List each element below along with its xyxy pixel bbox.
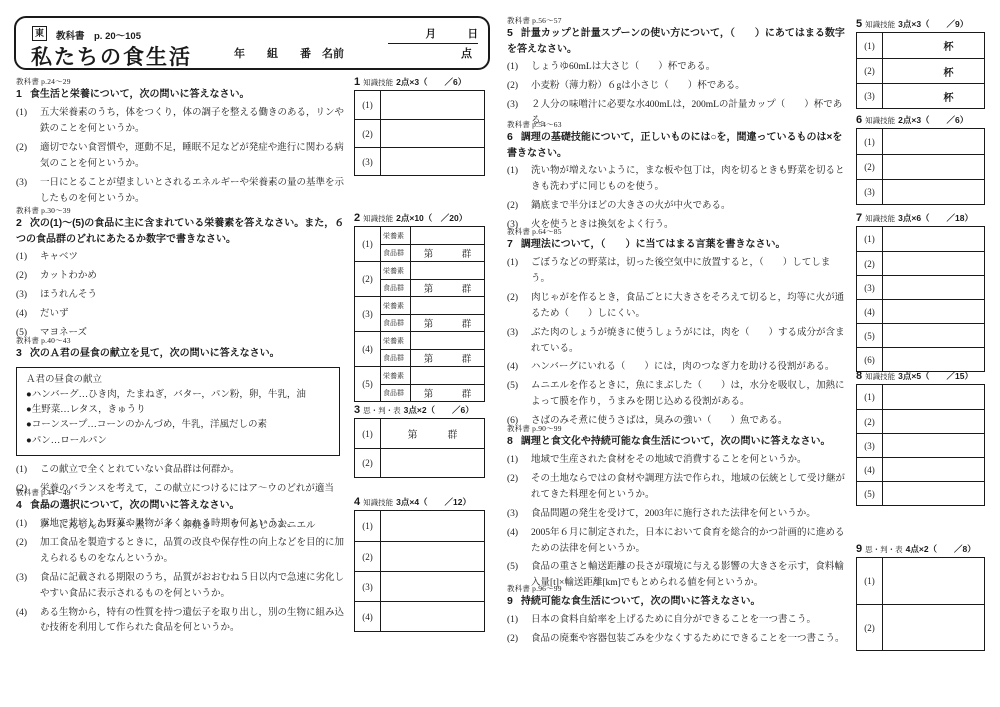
answer-cell	[381, 542, 484, 571]
question-item: (2)食品の廃棄や容器包装ごみを少なくするためにできることを一つ書こう。	[507, 632, 847, 648]
answer-box-head: 3 思・判・表 3点×2（ ／6）	[354, 404, 485, 416]
answer-cell: 杯	[883, 33, 984, 58]
answer-cell	[381, 572, 484, 601]
item-label: (4)	[16, 606, 40, 638]
answer-box-number: 6	[856, 114, 862, 126]
item-label: (2)	[507, 472, 531, 504]
question-item: (1)しょうゆ60mLは大さじ（ ）杯である。	[507, 60, 847, 76]
answer-row: (3)杯	[857, 83, 984, 108]
row-label: (3)	[857, 434, 883, 457]
row-label: (1)	[355, 511, 381, 541]
answer-cell	[883, 410, 984, 433]
question-item: (1)ごぼうなどの野菜は，切った後空気中に放置すると，（ ）してしまう。	[507, 256, 847, 288]
textbook-page-ref: 教科書 p.24～29	[16, 76, 350, 87]
row-label: (1)	[857, 33, 883, 58]
question-6: 教科書 p.54～63 6調理の基礎技能について，正しいものには○を，間違ってい…	[507, 119, 847, 234]
answer-box-points: 3点×5（ ／15）	[898, 370, 973, 382]
item-label: (2)	[507, 199, 531, 215]
answer-row: (6)	[857, 347, 984, 371]
item-text: 洗い物が増えないように，まな板や包丁は，肉を切るときも野菜を切るときも洗わずに同…	[531, 164, 847, 196]
question-title: 6調理の基礎技能について，正しいものには○を，間違っているものは×を書きなさい。	[507, 130, 847, 161]
question-item: (1)洗い物が増えないように，まな板や包丁は，肉を切るときも野菜を切るときも洗わ…	[507, 164, 847, 196]
question-item: (4)ハンバーグにいれる（ ）には，肉のつなぎ力を助ける役割がある。	[507, 360, 847, 376]
answer-cell	[883, 129, 984, 154]
question-item: (3)ぶた肉のしょうが焼きに使うしょうがには，肉を（ ）する成分が含まれている。	[507, 326, 847, 358]
food-group-label: 食品群	[381, 245, 411, 261]
row-label: (2)	[355, 120, 381, 147]
answer-box-number: 5	[856, 18, 862, 30]
row-label: (1)	[355, 419, 381, 448]
answer-cell	[411, 297, 484, 314]
answer-cell	[883, 276, 984, 299]
nutrient-label: 栄養素	[381, 297, 411, 314]
row-label: (5)	[355, 367, 381, 401]
row-label: (3)	[857, 84, 883, 108]
answer-cell	[381, 91, 484, 119]
question-number: 5	[507, 27, 513, 39]
item-text: 地域で生産された食材をその地域で消費することを何というか。	[531, 453, 847, 469]
answer-cell	[883, 482, 984, 505]
question-title: 9持続可能な食生活について，次の問いに答えなさい。	[507, 594, 847, 610]
answer-box-points: 3点×3（ ／9）	[898, 18, 968, 30]
question-1: 教科書 p.24～29 1食生活と栄養について，次の問いに答えなさい。 (1)五…	[16, 76, 350, 207]
answer-box-points: 3点×6（ ／18）	[898, 212, 973, 224]
row-label: (1)	[857, 129, 883, 154]
item-label: (3)	[16, 176, 40, 208]
item-label: (1)	[507, 453, 531, 469]
answer-row: (2)	[355, 119, 484, 147]
food-group-label: 食品群	[381, 280, 411, 296]
food-group-label: 食品群	[381, 385, 411, 401]
item-label: (1)	[507, 164, 531, 196]
item-text: ごぼうなどの野菜は，切った後空気中に放置すると，（ ）してしまう。	[531, 256, 847, 288]
answer-row: (1)	[355, 511, 484, 541]
question-prompt: 調理の基礎技能について，正しいものには○を，間違っているものは×を書きなさい。	[507, 132, 842, 159]
answer-box-5: 5 知識技能 3点×3（ ／9） (1)杯 (2)杯 (3)杯	[856, 18, 985, 109]
answer-box-points: 3点×2（ ／6）	[404, 404, 474, 416]
item-label: (2)	[16, 269, 40, 285]
textbook-page-ref: 教科書 p.40～43	[16, 335, 350, 346]
answer-cell: 杯	[883, 84, 984, 108]
row-label: (1)	[355, 91, 381, 119]
item-label: (2)	[16, 536, 40, 568]
textbook-page-ref: 教科書 p.90～99	[507, 423, 847, 434]
answer-box-head: 2 知識技能 2点×10（ ／20）	[354, 212, 485, 224]
answer-cell	[411, 367, 484, 384]
answer-row: (2)杯	[857, 58, 984, 83]
answer-cell	[883, 227, 984, 251]
item-label: (3)	[16, 288, 40, 304]
item-label: (1)	[16, 106, 40, 138]
answer-row: (4)	[355, 601, 484, 631]
row-label: (2)	[857, 155, 883, 179]
answer-cell	[883, 458, 984, 481]
answer-box-category: 思・判・表	[363, 405, 401, 416]
answer-box-points: 2点×3（ ／6）	[898, 114, 968, 126]
food-group-label: 食品群	[381, 350, 411, 366]
answer-table: (1) (2)	[856, 557, 985, 651]
question-item: (5)ムニエルを作るときに，魚にまぶした（ ）は，水分を吸収し，加熱によって膜を…	[507, 379, 847, 411]
question-item: (2)カットわかめ	[16, 269, 350, 285]
item-label: (4)	[507, 360, 531, 376]
row-label: (2)	[355, 449, 381, 477]
row-label: (1)	[857, 227, 883, 251]
left-page: 教科書 p.24～29 1食生活と栄養について，次の問いに答えなさい。 (1)五…	[16, 0, 350, 707]
item-text: 五大栄養素のうち，体をつくり，体の調子を整える働きのある，リンや鉄のことを何とい…	[40, 106, 350, 138]
item-label: (1)	[507, 256, 531, 288]
answer-cell	[883, 324, 984, 347]
question-item: (1)五大栄養素のうち，体をつくり，体の調子を整える働きのある，リンや鉄のことを…	[16, 106, 350, 138]
answer-box-head: 8 知識技能 3点×5（ ／15）	[856, 370, 985, 382]
question-4: 教科書 p.44～49 4食品の選択について，次の問いに答えなさい。 (1)露地…	[16, 487, 350, 637]
answer-box-head: 5 知識技能 3点×3（ ／9）	[856, 18, 985, 30]
item-text: 一日にとることが望ましいとされるエネルギーや栄養素の量の基準を示したものを何とい…	[40, 176, 350, 208]
question-item: (2)肉じゃがを作るとき，食品ごとに大きさをそろえて切ると，均等に火が通るため（…	[507, 291, 847, 323]
answer-row: (2)	[857, 604, 984, 650]
answer-cell	[411, 227, 484, 244]
answer-box-6: 6 知識技能 2点×3（ ／6） (1) (2) (3)	[856, 114, 985, 205]
answer-cell: 第 群	[411, 280, 484, 296]
row-label: (2)	[355, 542, 381, 571]
answer-cell	[883, 385, 984, 409]
answer-cell: 第 群	[411, 350, 484, 366]
answer-row: (1)	[857, 129, 984, 154]
question-item: (1)この献立で全くとれていない食品群は何群か。	[16, 463, 350, 479]
textbook-page-ref: 教科書 p.44～49	[16, 487, 350, 498]
row-label: (2)	[355, 262, 381, 296]
question-prompt: 食品の選択について，次の問いに答えなさい。	[30, 500, 240, 511]
answer-table: (1) (2) (3) (4) (5)	[856, 384, 985, 506]
item-text: この献立で全くとれていない食品群は何群か。	[40, 463, 350, 479]
item-label: (3)	[507, 326, 531, 358]
row-label: (3)	[355, 572, 381, 601]
right-page: 教科書 p.56～57 5計量カップと計量スプーンの使い方について，（ ）にあて…	[507, 0, 847, 707]
item-label: (5)	[507, 379, 531, 411]
row-label: (5)	[857, 482, 883, 505]
answer-box-points: 2点×3（ ／6）	[396, 76, 466, 88]
answer-table: (1) (2) (3)	[856, 128, 985, 205]
answer-box-8: 8 知識技能 3点×5（ ／15） (1) (2) (3) (4) (5)	[856, 370, 985, 506]
menu-title: Ａ君の昼食の献立	[26, 373, 330, 388]
answer-box-number: 4	[354, 496, 360, 508]
row-label: (2)	[857, 59, 883, 83]
nutrient-label: 栄養素	[381, 227, 411, 244]
answer-box-head: 7 知識技能 3点×6（ ／18）	[856, 212, 985, 224]
answer-box-points: 2点×10（ ／20）	[396, 212, 467, 224]
answer-cell: 第 群	[381, 419, 484, 448]
question-item: (2)小麦粉（薄力粉）６gは小さじ（ ）杯である。	[507, 79, 847, 95]
answer-box-number: 3	[354, 404, 360, 416]
row-label: (3)	[355, 148, 381, 175]
answer-box-category: 知識技能	[865, 213, 895, 224]
lunch-menu-box: Ａ君の昼食の献立 ●ハンバーグ…ひき肉，たまねぎ，バター，パン粉，卵，牛乳，油 …	[16, 367, 340, 456]
item-text: 食品に記載される期限のうち，品質がおおむね５日以内で急速に劣化しやすい食品に表示…	[40, 571, 350, 603]
question-item: (2)適切でない食習慣や，運動不足，睡眠不足などが発症や進行に関わる病気のことを…	[16, 141, 350, 173]
question-2: 教科書 p.30～39 2次の(1)～(5)の食品に主に含まれている栄養素を答え…	[16, 205, 350, 342]
question-5: 教科書 p.56～57 5計量カップと計量スプーンの使い方について，（ ）にあて…	[507, 15, 847, 130]
question-item: (4)ある生物から，特有の性質を持つ遺伝子を取り出し，別の生物に組み込む技術を利…	[16, 606, 350, 638]
answer-row: (3)	[355, 571, 484, 601]
question-title: 1食生活と栄養について，次の問いに答えなさい。	[16, 87, 350, 103]
menu-line: ●生野菜…レタス，きゅうり	[26, 403, 330, 418]
answer-box-category: 知識技能	[363, 77, 393, 88]
item-label: (4)	[507, 526, 531, 558]
row-label: (1)	[857, 558, 883, 604]
answer-box-category: 知識技能	[865, 115, 895, 126]
row-label: (4)	[355, 332, 381, 366]
row-label: (4)	[857, 458, 883, 481]
question-item: (4)2005年６月に制定された，日本において食育を総合的かつ計画的に進めるため…	[507, 526, 847, 558]
item-text: 鍋底まで半分ほどの大きさの火が中火である。	[531, 199, 847, 215]
question-number: 7	[507, 238, 513, 250]
row-label: (2)	[857, 605, 883, 650]
item-text: 加工食品を製造するときに，品質の改良や保存性の向上などを目的に加えられるものをな…	[40, 536, 350, 568]
answer-row: (2)	[857, 251, 984, 275]
item-label: (1)	[507, 613, 531, 629]
question-item: (1)日本の食料自給率を上げるために自分ができることを一つ書こう。	[507, 613, 847, 629]
question-prompt: 次の(1)～(5)の食品に主に含まれている栄養素を答えなさい。また，６つの食品群…	[16, 218, 344, 245]
item-text: ほうれんそう	[40, 288, 350, 304]
item-label: (1)	[16, 250, 40, 266]
answer-box-points: 4点×2（ ／8）	[906, 543, 976, 555]
question-number: 3	[16, 347, 22, 359]
item-text: ぶた肉のしょうが焼きに使うしょうがには，肉を（ ）する成分が含まれている。	[531, 326, 847, 358]
item-label: (4)	[16, 307, 40, 323]
item-text: 日本の食料自給率を上げるために自分ができることを一つ書こう。	[531, 613, 847, 629]
answer-row: (1)	[355, 91, 484, 119]
answer-cell	[381, 449, 484, 477]
answer-box-number: 8	[856, 370, 862, 382]
menu-line: ●ハンバーグ…ひき肉，たまねぎ，バター，パン粉，卵，牛乳，油	[26, 388, 330, 403]
question-item: (2)鍋底まで半分ほどの大きさの火が中火である。	[507, 199, 847, 215]
answer-cell: 第 群	[411, 315, 484, 331]
question-prompt: 計量カップと計量スプーンの使い方について，（ ）にあてはまる数字を答えなさい。	[507, 28, 845, 55]
row-label: (1)	[857, 385, 883, 409]
item-text: 食品問題の発生を受けて，2003年に施行された法律を何というか。	[531, 507, 847, 523]
textbook-page-ref: 教科書 p.30～39	[16, 205, 350, 216]
right-answer-column: 5 知識技能 3点×3（ ／9） (1)杯 (2)杯 (3)杯 6 知識技能 2…	[856, 0, 985, 707]
answer-cell: 第 群	[411, 385, 484, 401]
answer-box-head: 1 知識技能 2点×3（ ／6）	[354, 76, 485, 88]
row-label: (4)	[857, 300, 883, 323]
answer-cell	[381, 511, 484, 541]
item-label: (2)	[16, 141, 40, 173]
item-text: 露地で栽培した野菜や果物が多くとれる時期を何というか。	[40, 517, 350, 533]
row-label: (5)	[857, 324, 883, 347]
item-label: (3)	[507, 507, 531, 523]
nutrient-label: 栄養素	[381, 332, 411, 349]
answer-cell	[883, 605, 984, 650]
item-label: (1)	[16, 517, 40, 533]
menu-line: ●パン…ロールパン	[26, 434, 330, 449]
question-prompt: 次のＡ君の昼食の献立を見て，次の問いに答えなさい。	[30, 348, 280, 359]
nutrient-label: 栄養素	[381, 262, 411, 279]
nutrient-label: 栄養素	[381, 367, 411, 384]
answer-box-9: 9 思・判・表 4点×2（ ／8） (1) (2)	[856, 543, 985, 651]
textbook-page-ref: 教科書 p.54～63	[507, 119, 847, 130]
answer-box-number: 9	[856, 543, 862, 555]
question-number: 8	[507, 435, 513, 447]
row-label: (3)	[355, 297, 381, 331]
question-item: (3)食品問題の発生を受けて，2003年に施行された法律を何というか。	[507, 507, 847, 523]
question-title: 4食品の選択について，次の問いに答えなさい。	[16, 498, 350, 514]
question-7: 教科書 p.64～85 7調理法について，（ ）に当てはまる言葉を書きなさい。 …	[507, 226, 847, 430]
answer-box-number: 1	[354, 76, 360, 88]
item-label: (3)	[16, 571, 40, 603]
item-text: ある生物から，特有の性質を持つ遺伝子を取り出し，別の生物に組み込む技術を利用して…	[40, 606, 350, 638]
row-label: (6)	[857, 348, 883, 371]
item-label: (2)	[507, 291, 531, 323]
question-item: (2)加工食品を製造するときに，品質の改良や保存性の向上などを目的に加えられるも…	[16, 536, 350, 568]
answer-table: (1)第 群 (2)	[354, 418, 485, 478]
answer-box-category: 知識技能	[865, 19, 895, 30]
answer-cell: 杯	[883, 59, 984, 83]
textbook-page-ref: 教科書 p.64～85	[507, 226, 847, 237]
question-prompt: 調理と食文化や持続可能な食生活について，次の問いに答えなさい。	[521, 436, 831, 447]
question-title: 3次のＡ君の昼食の献立を見て，次の問いに答えなさい。	[16, 346, 350, 362]
answer-box-category: 知識技能	[865, 371, 895, 382]
question-title: 8調理と食文化や持続可能な食生活について，次の問いに答えなさい。	[507, 434, 847, 450]
item-text: 食品の廃棄や容器包装ごみを少なくするためにできることを一つ書こう。	[531, 632, 847, 648]
answer-cell: 第 群	[411, 245, 484, 261]
question-item: (3)一日にとることが望ましいとされるエネルギーや栄養素の量の基準を示したものを…	[16, 176, 350, 208]
item-text: ハンバーグにいれる（ ）には，肉のつなぎ力を助ける役割がある。	[531, 360, 847, 376]
answer-box-points: 3点×4（ ／12）	[396, 496, 471, 508]
answer-table: (1)杯 (2)杯 (3)杯	[856, 32, 985, 109]
answer-row: (5) 栄養素 食品群第 群	[355, 366, 484, 401]
question-number: 4	[16, 499, 22, 511]
item-label: (1)	[16, 463, 40, 479]
answer-box-category: 知識技能	[363, 497, 393, 508]
question-item: (1)露地で栽培した野菜や果物が多くとれる時期を何というか。	[16, 517, 350, 533]
question-item: (1)キャベツ	[16, 250, 350, 266]
question-number: 9	[507, 595, 513, 607]
question-prompt: 調理法について，（ ）に当てはまる言葉を書きなさい。	[521, 239, 786, 250]
answer-row: (3)	[857, 179, 984, 204]
answer-row: (2)	[857, 409, 984, 433]
item-label: (2)	[507, 79, 531, 95]
question-item: (4)だいず	[16, 307, 350, 323]
question-item: (1)地域で生産された食材をその地域で消費することを何というか。	[507, 453, 847, 469]
answer-row: (3)	[857, 433, 984, 457]
answer-cell	[883, 558, 984, 604]
food-group-label: 食品群	[381, 315, 411, 331]
item-text: 小麦粉（薄力粉）６gは小さじ（ ）杯である。	[531, 79, 847, 95]
answer-row: (2)	[857, 154, 984, 179]
answer-box-head: 4 知識技能 3点×4（ ／12）	[354, 496, 485, 508]
answer-row: (1)	[857, 558, 984, 604]
question-prompt: 持続可能な食生活について，次の問いに答えなさい。	[521, 596, 761, 607]
answer-box-3: 3 思・判・表 3点×2（ ／6） (1)第 群 (2)	[354, 404, 485, 478]
question-item: (2)その土地ならではの食材や調理方法で作られ，地域の伝統として受け継がれてきた…	[507, 472, 847, 504]
item-text: その土地ならではの食材や調理方法で作られ，地域の伝統として受け継がれてきた料理を…	[531, 472, 847, 504]
answer-box-category: 思・判・表	[865, 544, 903, 555]
answer-cell	[411, 262, 484, 279]
answer-row: (1)杯	[857, 33, 984, 58]
answer-box-number: 7	[856, 212, 862, 224]
question-title: 7調理法について，（ ）に当てはまる言葉を書きなさい。	[507, 237, 847, 253]
question-number: 6	[507, 131, 513, 143]
question-title: 5計量カップと計量スプーンの使い方について，（ ）にあてはまる数字を答えなさい。	[507, 26, 847, 57]
item-label: (2)	[507, 632, 531, 648]
answer-row: (3)	[355, 147, 484, 175]
answer-row: (1)	[857, 385, 984, 409]
question-9: 教科書 p.96～99 9持続可能な食生活について，次の問いに答えなさい。 (1…	[507, 583, 847, 648]
answer-cell	[411, 332, 484, 349]
answer-row: (2)	[355, 448, 484, 477]
item-label: (1)	[507, 60, 531, 76]
answer-cell	[883, 180, 984, 204]
question-item: (3)食品に記載される期限のうち，品質がおおむね５日以内で急速に劣化しやすい食品…	[16, 571, 350, 603]
answer-box-head: 9 思・判・表 4点×2（ ／8）	[856, 543, 985, 555]
answer-row: (3)	[857, 275, 984, 299]
answer-table: (1) (2) (3) (4) (5) (6)	[856, 226, 985, 372]
answer-table: (1) (2) (3)	[354, 90, 485, 176]
answer-row: (3) 栄養素 食品群第 群	[355, 296, 484, 331]
answer-row: (5)	[857, 481, 984, 505]
answer-row: (1)	[857, 227, 984, 251]
answer-cell	[883, 348, 984, 371]
question-number: 2	[16, 217, 22, 229]
question-item: (3)ほうれんそう	[16, 288, 350, 304]
answer-cell	[883, 155, 984, 179]
answer-row: (5)	[857, 323, 984, 347]
row-label: (4)	[355, 602, 381, 631]
answer-cell	[381, 602, 484, 631]
answer-box-4: 4 知識技能 3点×4（ ／12） (1) (2) (3) (4)	[354, 496, 485, 632]
answer-cell	[381, 120, 484, 147]
question-number: 1	[16, 88, 22, 100]
item-text: キャベツ	[40, 250, 350, 266]
answer-row: (4) 栄養素 食品群第 群	[355, 331, 484, 366]
answer-box-category: 知識技能	[363, 213, 393, 224]
item-text: ムニエルを作るときに，魚にまぶした（ ）は，水分を吸収し，加熱によって膜を作り，…	[531, 379, 847, 411]
answer-row: (2)	[355, 541, 484, 571]
answer-box-1: 1 知識技能 2点×3（ ／6） (1) (2) (3)	[354, 76, 485, 176]
answer-row: (1) 栄養素 食品群第 群	[355, 227, 484, 261]
left-answer-column: 1 知識技能 2点×3（ ／6） (1) (2) (3) 2 知識技能 2点×1…	[354, 0, 485, 707]
item-text: だいず	[40, 307, 350, 323]
answer-box-2: 2 知識技能 2点×10（ ／20） (1) 栄養素 食品群第 群 (2) 栄養…	[354, 212, 485, 402]
answer-table: (1) (2) (3) (4)	[354, 510, 485, 632]
answer-cell	[883, 300, 984, 323]
answer-table: (1) 栄養素 食品群第 群 (2) 栄養素 食品群第 群 (3) 栄養素 食品…	[354, 226, 485, 402]
menu-line: ●コーンスープ…コーンのかんづめ，牛乳，洋風だしの素	[26, 418, 330, 433]
question-8: 教科書 p.90～99 8調理と食文化や持続可能な食生活について，次の問いに答え…	[507, 423, 847, 592]
item-text: 肉じゃがを作るとき，食品ごとに大きさをそろえて切ると，均等に火が通るため（ ）し…	[531, 291, 847, 323]
answer-row: (2) 栄養素 食品群第 群	[355, 261, 484, 296]
answer-box-number: 2	[354, 212, 360, 224]
answer-box-7: 7 知識技能 3点×6（ ／18） (1) (2) (3) (4) (5) (6…	[856, 212, 985, 372]
answer-cell	[883, 434, 984, 457]
textbook-page-ref: 教科書 p.96～99	[507, 583, 847, 594]
row-label: (1)	[355, 227, 381, 261]
row-label: (3)	[857, 276, 883, 299]
row-label: (2)	[857, 410, 883, 433]
answer-row: (1)第 群	[355, 419, 484, 448]
textbook-page-ref: 教科書 p.56～57	[507, 15, 847, 26]
question-title: 2次の(1)～(5)の食品に主に含まれている栄養素を答えなさい。また，６つの食品…	[16, 216, 350, 247]
answer-cell	[883, 252, 984, 275]
row-label: (3)	[857, 180, 883, 204]
item-text: 2005年６月に制定された，日本において食育を総合的かつ計画的に進めるための法律…	[531, 526, 847, 558]
row-label: (2)	[857, 252, 883, 275]
question-prompt: 食生活と栄養について，次の問いに答えなさい。	[30, 89, 250, 100]
item-text: しょうゆ60mLは大さじ（ ）杯である。	[531, 60, 847, 76]
item-text: 適切でない食習慣や，運動不足，睡眠不足などが発症や進行に関わる病気のことを何とい…	[40, 141, 350, 173]
answer-cell	[381, 148, 484, 175]
answer-row: (4)	[857, 457, 984, 481]
